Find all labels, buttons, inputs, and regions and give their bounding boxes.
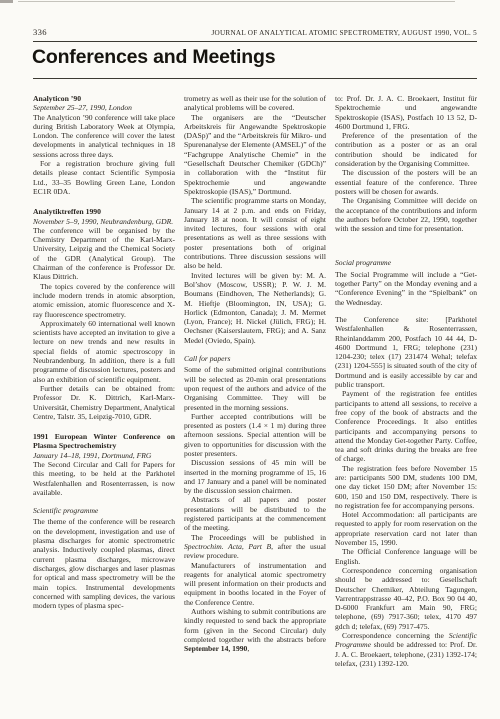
paragraph: Correspondence concerning the Scientific… [335,631,477,668]
subsection-heading: Social programme [335,258,477,267]
journal-page: 336 JOURNAL OF ANALYTICAL ATOMIC SPECTRO… [0,0,500,719]
paragraph-text: , [247,644,249,653]
column-2: trometry as well as their use for the so… [184,94,326,668]
page-number: 336 [33,27,47,37]
paragraph: Invited lectures will be given by: M. A.… [184,271,326,345]
paragraph: The Organising Committee will decide on … [335,196,477,233]
paragraph: Payment of the registration fee entitles… [335,389,477,463]
paragraph: The conference will be organised by the … [33,226,175,282]
subsection-heading: Call for papers [184,354,326,363]
paragraph: The discussion of the posters will be an… [335,168,477,196]
subsection-heading: Scientific programme [33,506,175,515]
article-body: Analyticon ’90 September 25–27, 1990, Lo… [33,94,477,668]
paragraph: to: Prof. Dr. J. A. C. Broekaert, Instit… [335,94,477,131]
column-3: to: Prof. Dr. J. A. C. Broekaert, Instit… [335,94,477,668]
paragraph: Further details can be obtained from: Pr… [33,384,175,421]
paragraph: The Second Circular and Call for Papers … [33,460,175,497]
paragraph-text: Authors wishing to submit contributions … [184,607,326,644]
paragraph: The topics covered by the conference wil… [33,282,175,319]
paragraph: Preference of the presentation of the co… [335,131,477,168]
conference-dateline: September 25–27, 1990, London [33,103,175,112]
paragraph: The organisers are the “Deutscher Arbeit… [184,113,326,197]
paragraph: Approximately 60 international well know… [33,319,175,384]
paragraph: Abstracts of all papers and poster prese… [184,495,326,532]
column-1: Analyticon ’90 September 25–27, 1990, Lo… [33,94,175,668]
paragraph: For a registration brochure giving full … [33,159,175,196]
paragraph: Correspondence concerning organisation s… [335,566,477,631]
conference-heading: 1991 European Winter Conference on Plasm… [33,432,175,451]
paragraph: The Official Conference language will be… [335,547,477,566]
page-title: Conferences and Meetings [32,46,275,69]
conference-heading: Analytiktreffen 1990 [33,207,175,216]
paragraph-text: The Proceedings will be published in [191,533,326,542]
conference-heading: Analyticon ’90 [33,94,175,103]
scan-artifact-corner [0,0,13,3]
paragraph: trometry as well as their use for the so… [184,94,326,113]
deadline-date: September 14, 1990 [184,644,247,653]
paragraph: Some of the submitted original contribut… [184,365,326,411]
title-rule [33,78,477,79]
paragraph: The Social Programme will include a “Get… [335,270,477,307]
paragraph: The Analyticon ’90 conference will take … [33,113,175,159]
journal-reference: Spectrochim. Acta, Part B [184,542,271,551]
paragraph: The scientific programme starts on Monda… [184,196,326,270]
paragraph-text: Correspondence concerning the [342,631,449,640]
conference-dateline: January 14–18, 1991, Dortmund, FRG [33,451,175,460]
paragraph: Hotel Accommodation: all participants ar… [335,510,477,547]
header-rule [33,41,477,42]
journal-masthead: JOURNAL OF ANALYTICAL ATOMIC SPECTROMETR… [212,29,478,37]
paragraph: Further accepted contributions will be p… [184,412,326,458]
paragraph: The Proceedings will be published in Spe… [184,533,326,561]
paragraph: Authors wishing to submit contributions … [184,607,326,653]
paragraph: The registration fees before November 15… [335,464,477,510]
paragraph: The theme of the conference will be rese… [33,517,175,610]
conference-dateline: November 5–9, 1990, Neubrandenburg, GDR. [33,217,175,226]
scan-artifact-line [18,1,455,2]
paragraph: The Conference site: [Parkhotel Westfale… [335,315,477,389]
running-head: 336 JOURNAL OF ANALYTICAL ATOMIC SPECTRO… [33,27,477,37]
paragraph: Discussion sessions of 45 min will be in… [184,458,326,495]
paragraph: Manufacturers of instrumentation and rea… [184,561,326,607]
